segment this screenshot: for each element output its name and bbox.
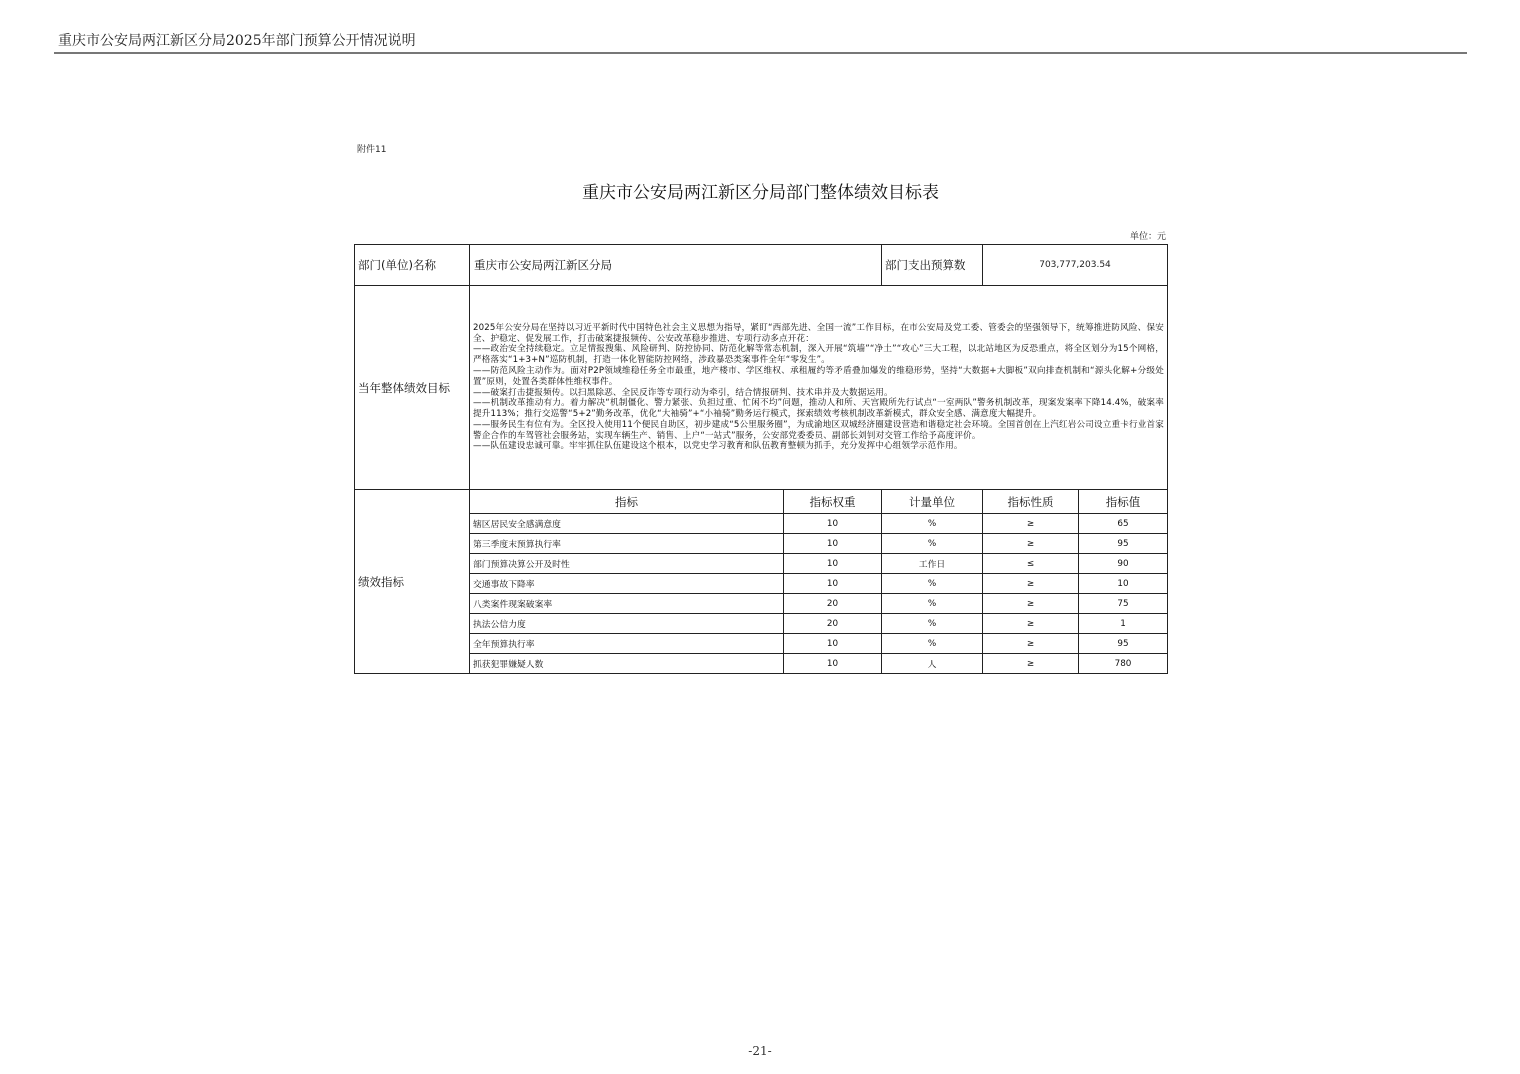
metric-value: 10: [1079, 574, 1168, 594]
metric-weight: 10: [784, 534, 882, 554]
metric-nature: ≥: [983, 534, 1079, 554]
metric-name: 八类案件现案破案率: [470, 594, 784, 614]
goal-paragraph: ——服务民生有位有为。全区投入使用11个便民自助区，初步建成“5公里服务圈”，为…: [473, 420, 1164, 442]
metric-value: 780: [1079, 654, 1168, 674]
page-title: 重庆市公安局两江新区分局部门整体绩效目标表: [354, 178, 1167, 203]
budget-label: 部门支出预算数: [882, 245, 983, 286]
header-weight: 指标权重: [784, 490, 882, 514]
goal-label: 当年整体绩效目标: [355, 286, 470, 490]
metrics-section-label: 绩效指标: [355, 490, 470, 674]
metric-name: 第三季度末预算执行率: [470, 534, 784, 554]
budget-value: 703,777,203.54: [983, 245, 1168, 286]
table-row: 辖区居民安全感满意度10%≥65: [355, 514, 1168, 534]
metric-unit: 人: [882, 654, 983, 674]
table-row: 交通事故下降率10%≥10: [355, 574, 1168, 594]
table-row: 执法公信力度20%≥1: [355, 614, 1168, 634]
metric-unit: %: [882, 574, 983, 594]
metric-nature: ≥: [983, 614, 1079, 634]
metric-name: 辖区居民安全感满意度: [470, 514, 784, 534]
running-header: 重庆市公安局两江新区分局2025年部门预算公开情况说明: [58, 30, 416, 50]
metric-unit: %: [882, 534, 983, 554]
performance-target-table: 部门(单位)名称 重庆市公安局两江新区分局 部门支出预算数 703,777,20…: [354, 244, 1168, 674]
metric-value: 90: [1079, 554, 1168, 574]
unit-label: 单位：元: [1130, 229, 1166, 242]
metric-weight: 10: [784, 574, 882, 594]
header-indicator: 指标: [470, 490, 784, 514]
metric-name: 抓获犯罪嫌疑人数: [470, 654, 784, 674]
page-number: -21-: [0, 1044, 1520, 1058]
metric-weight: 20: [784, 594, 882, 614]
table-row: 全年预算执行率10%≥95: [355, 634, 1168, 654]
table-row: 部门预算决算公开及时性10工作日≤90: [355, 554, 1168, 574]
header-value: 指标值: [1079, 490, 1168, 514]
goal-row: 当年整体绩效目标 2025年公安分局在坚持以习近平新时代中国特色社会主义思想为指…: [355, 286, 1168, 490]
dept-name-value: 重庆市公安局两江新区分局: [470, 245, 882, 286]
metric-nature: ≥: [983, 594, 1079, 614]
goal-text: 2025年公安分局在坚持以习近平新时代中国特色社会主义思想为指导，紧盯“西部先进…: [470, 321, 1167, 455]
summary-row: 部门(单位)名称 重庆市公安局两江新区分局 部门支出预算数 703,777,20…: [355, 245, 1168, 286]
metric-weight: 10: [784, 654, 882, 674]
metric-value: 75: [1079, 594, 1168, 614]
metric-name: 执法公信力度: [470, 614, 784, 634]
table-row: 八类案件现案破案率20%≥75: [355, 594, 1168, 614]
metric-value: 95: [1079, 634, 1168, 654]
goal-paragraph: 2025年公安分局在坚持以习近平新时代中国特色社会主义思想为指导，紧盯“西部先进…: [473, 323, 1164, 345]
metric-value: 65: [1079, 514, 1168, 534]
goal-paragraph: ——政治安全持续稳定。立足情报搜集、风险研判、防控协同、防范化解等常态机制，深入…: [473, 344, 1164, 366]
goal-paragraph: ——队伍建设忠诚可靠。牢牢抓住队伍建设这个根本，以党史学习教育和队伍教育整顿为抓…: [473, 441, 1164, 452]
metrics-header-row: 绩效指标 指标 指标权重 计量单位 指标性质 指标值: [355, 490, 1168, 514]
goal-paragraph: ——破案打击捷报频传。以扫黑除恶、全民反诈等专项行动为牵引，结合情报研判、技术串…: [473, 388, 1164, 399]
goal-paragraph: ——机制改革推动有力。着力解决“机制僵化、警力紧张、负担过重、忙闲不均”问题，推…: [473, 398, 1164, 420]
metric-weight: 10: [784, 554, 882, 574]
goal-text-cell: 2025年公安分局在坚持以习近平新时代中国特色社会主义思想为指导，紧盯“西部先进…: [470, 286, 1168, 490]
metric-unit: %: [882, 614, 983, 634]
dept-name-label: 部门(单位)名称: [355, 245, 470, 286]
metric-unit: %: [882, 594, 983, 614]
metric-value: 1: [1079, 614, 1168, 634]
metric-weight: 10: [784, 634, 882, 654]
metric-nature: ≤: [983, 554, 1079, 574]
metric-unit: 工作日: [882, 554, 983, 574]
metric-name: 交通事故下降率: [470, 574, 784, 594]
metric-weight: 10: [784, 514, 882, 534]
header-unit: 计量单位: [882, 490, 983, 514]
table-row: 抓获犯罪嫌疑人数10人≥780: [355, 654, 1168, 674]
header-rule: [54, 52, 1467, 54]
metric-name: 全年预算执行率: [470, 634, 784, 654]
metric-nature: ≥: [983, 514, 1079, 534]
metric-nature: ≥: [983, 634, 1079, 654]
header-nature: 指标性质: [983, 490, 1079, 514]
attachment-label: 附件11: [357, 142, 386, 155]
goal-paragraph: ——防范风险主动作为。面对P2P领域维稳任务全市最重，地产楼市、学区维权、承租履…: [473, 366, 1164, 388]
table-row: 第三季度末预算执行率10%≥95: [355, 534, 1168, 554]
metric-nature: ≥: [983, 574, 1079, 594]
metric-name: 部门预算决算公开及时性: [470, 554, 784, 574]
metric-nature: ≥: [983, 654, 1079, 674]
metric-unit: %: [882, 514, 983, 534]
metric-unit: %: [882, 634, 983, 654]
metric-value: 95: [1079, 534, 1168, 554]
metric-weight: 20: [784, 614, 882, 634]
